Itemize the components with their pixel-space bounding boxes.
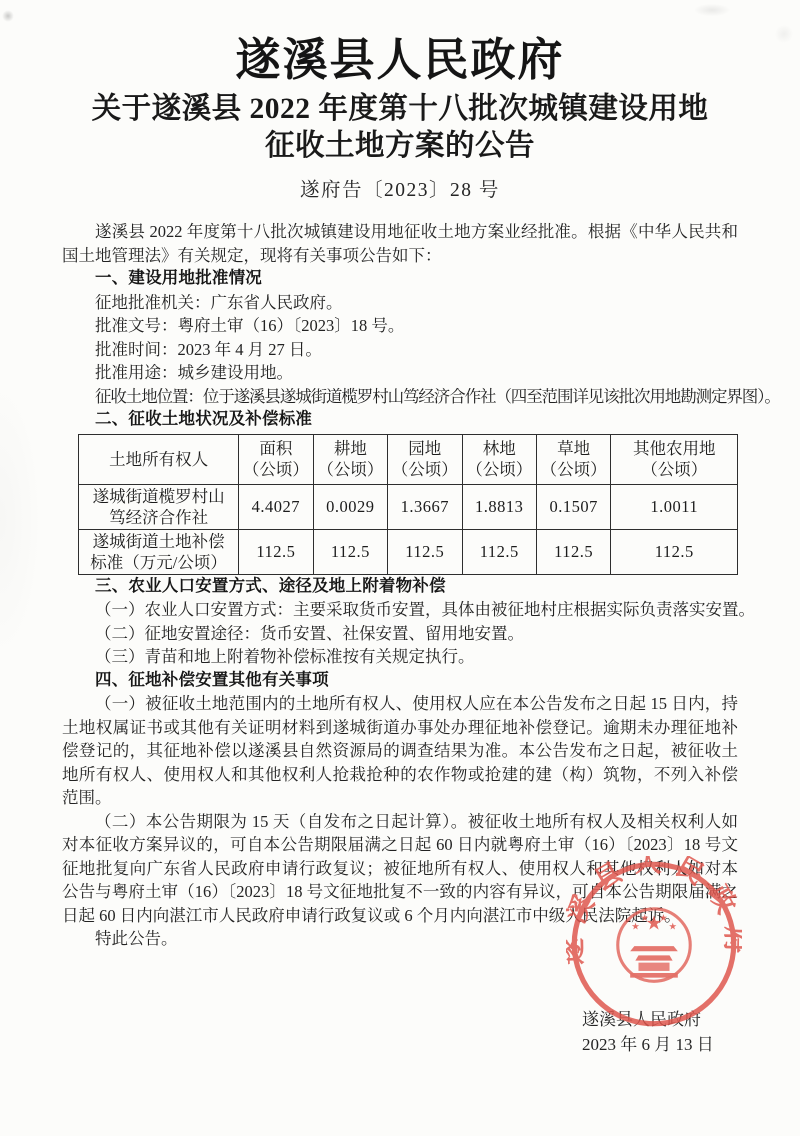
value-cell: 112.5 <box>388 529 462 574</box>
section-2-heading: 二、征收土地状况及补偿标准 <box>62 408 738 432</box>
section-4-paragraph: （一）被征收土地范围内的土地所有权人、使用权人应在本公告发布之日起 15 日内，… <box>62 692 738 810</box>
page-title: 遂溪县人民政府 <box>0 34 800 86</box>
value-cell: 0.0029 <box>313 484 387 529</box>
section-3-item: （三）青苗和地上附着物补偿标准按有关规定执行。 <box>62 645 738 669</box>
document-header: 遂溪县人民政府 关于遂溪县 2022 年度第十八批次城镇建设用地 征收土地方案的… <box>0 34 800 204</box>
value-cell: 112.5 <box>313 529 387 574</box>
table-header-row: 土地所有权人 面积（公顷） 耕地（公顷） 园地（公顷） 林地（公顷） 草地（公顷… <box>79 434 738 484</box>
section-4-paragraph: （二）本公告期限为 15 天（自发布之日起计算）。被征收土地所有权人及相关权利人… <box>62 810 738 928</box>
value-cell: 1.8813 <box>462 484 536 529</box>
section-3-item: （二）征地安置途径：货币安置、社保安置、留用地安置。 <box>62 622 738 646</box>
section-3-heading: 三、农业人口安置方式、途径及地上附着物补偿 <box>62 575 738 599</box>
document-body: 遂溪县 2022 年度第十八批次城镇建设用地征收土地方案业经批准。根据《中华人民… <box>62 220 738 1057</box>
closing-line: 特此公告。 <box>62 927 738 951</box>
value-cell: 1.0011 <box>611 484 738 529</box>
subtitle-line-1: 关于遂溪县 2022 年度第十八批次城镇建设用地 <box>0 91 800 128</box>
compensation-table: 土地所有权人 面积（公顷） 耕地（公顷） 园地（公顷） 林地（公顷） 草地（公顷… <box>78 434 738 575</box>
section-1-heading: 一、建设用地批准情况 <box>62 267 738 291</box>
table-row: 遂城街道榄罗村山笃经济合作社 4.4027 0.0029 1.3667 1.88… <box>79 484 738 529</box>
section-4-heading: 四、征地补偿安置其他有关事项 <box>62 669 738 693</box>
signature-date: 2023 年 6 月 13 日 <box>582 1032 762 1057</box>
table-header-cell: 园地（公顷） <box>388 434 462 484</box>
owner-cell: 遂城街道榄罗村山笃经济合作社 <box>79 484 239 529</box>
table-header-cell: 面积（公顷） <box>239 434 313 484</box>
section-1-item: 批准时间：2023 年 4 月 27 日。 <box>62 338 738 362</box>
owner-cell: 遂城街道土地补偿标准（万元/公顷） <box>79 529 239 574</box>
section-1-item: 征收土地位置：位于遂溪县遂城街道榄罗村山笃经济合作社（四至范围详见该批次用地勘测… <box>62 385 738 409</box>
scanned-notice-page: 遂溪县人民政府 关于遂溪县 2022 年度第十八批次城镇建设用地 征收土地方案的… <box>0 0 800 1136</box>
subtitle-line-2: 征收土地方案的公告 <box>0 128 800 165</box>
table-header-cell: 耕地（公顷） <box>313 434 387 484</box>
value-cell: 112.5 <box>239 529 313 574</box>
value-cell: 0.1507 <box>536 484 610 529</box>
value-cell: 112.5 <box>611 529 738 574</box>
section-1-item: 征地批准机关：广东省人民政府。 <box>62 291 738 315</box>
doc-number: 遂府告〔2023〕28 号 <box>0 178 800 204</box>
value-cell: 4.4027 <box>239 484 313 529</box>
table-header-cell: 草地（公顷） <box>536 434 610 484</box>
section-1-item: 批准文号：粤府土审（16）〔2023〕18 号。 <box>62 314 738 338</box>
value-cell: 112.5 <box>462 529 536 574</box>
value-cell: 1.3667 <box>388 484 462 529</box>
table-header-cell: 林地（公顷） <box>462 434 536 484</box>
section-1-item: 批准用途：城乡建设用地。 <box>62 361 738 385</box>
value-cell: 112.5 <box>536 529 610 574</box>
table-row: 遂城街道土地补偿标准（万元/公顷） 112.5 112.5 112.5 112.… <box>79 529 738 574</box>
intro-paragraph: 遂溪县 2022 年度第十八批次城镇建设用地征收土地方案业经批准。根据《中华人民… <box>62 220 738 267</box>
table-header-cell: 其他农用地（公顷） <box>611 434 738 484</box>
signature-name: 遂溪县人民政府 <box>582 1007 762 1032</box>
table-header-cell: 土地所有权人 <box>79 434 239 484</box>
section-3-item: （一）农业人口安置方式：主要采取货币安置，具体由被征地村庄根据实际负责落实安置。 <box>62 598 738 622</box>
notice-subtitle: 关于遂溪县 2022 年度第十八批次城镇建设用地 征收土地方案的公告 <box>0 91 800 165</box>
signature-block: 遂溪县人民政府 2023 年 6 月 13 日 <box>582 1007 762 1057</box>
